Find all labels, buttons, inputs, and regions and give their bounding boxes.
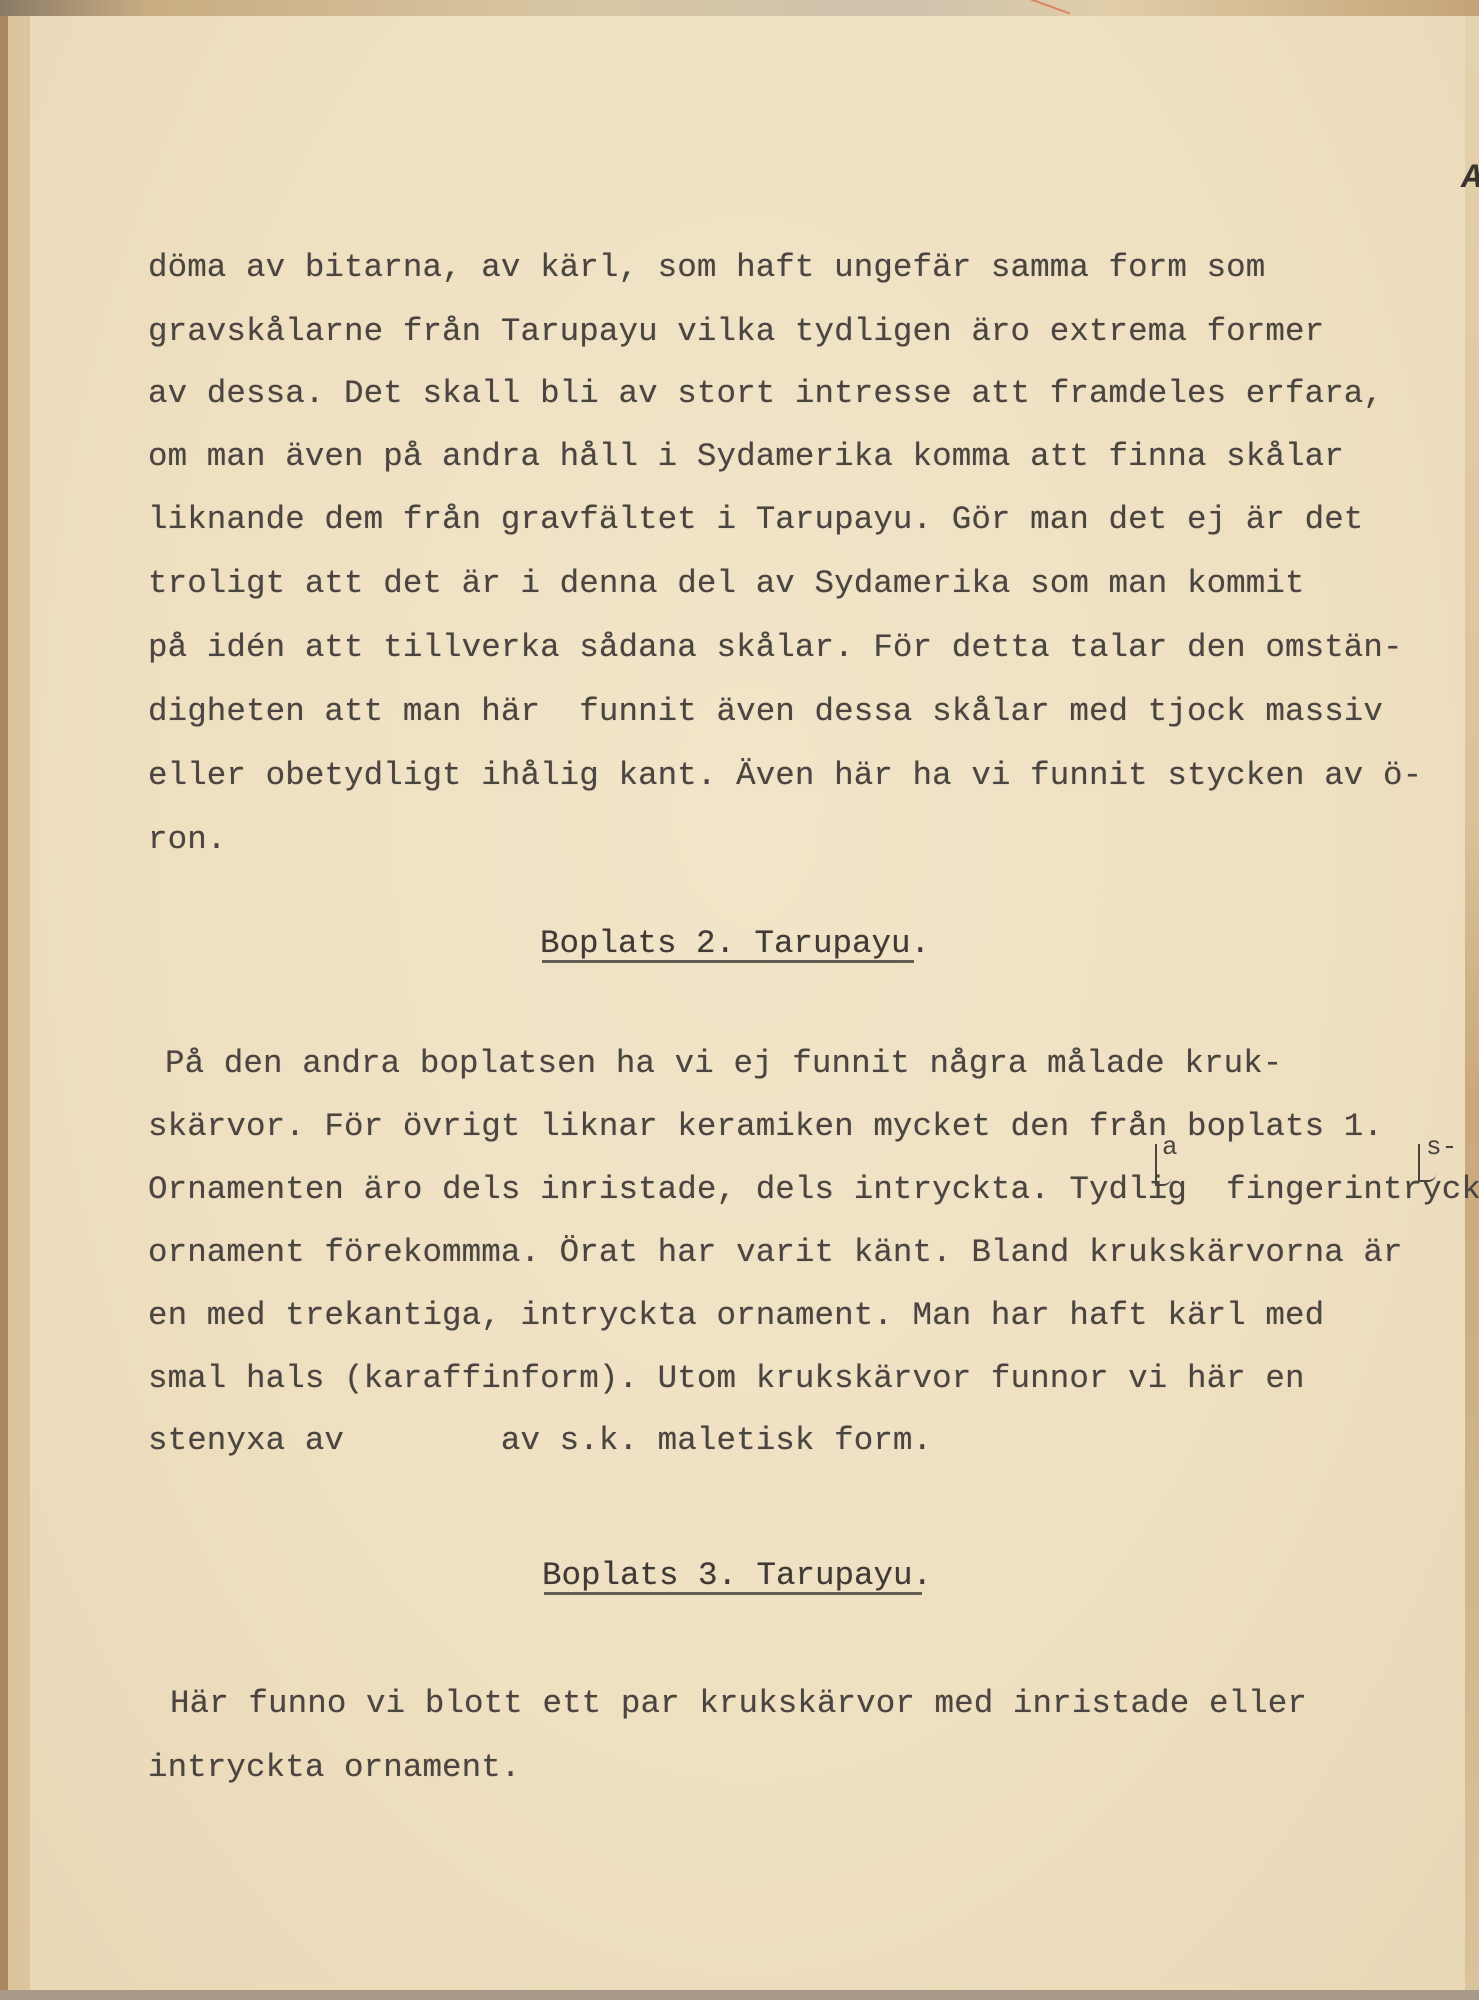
text-line: av dessa. Det skall bli av stort intress… — [148, 374, 1383, 414]
heading-underline — [542, 960, 914, 963]
text-line: ron. — [148, 820, 226, 860]
text-line: liknande dem från gravfältet i Tarupayu.… — [148, 500, 1363, 540]
paper-edge-right — [1465, 16, 1479, 1991]
paper-edge-left-inner — [8, 0, 31, 2000]
text-line: Ornamenten äro dels inristade, dels intr… — [148, 1170, 1479, 1210]
text-line: stenyxa av av s.k. maletisk form. — [148, 1421, 932, 1461]
text-line: Här funno vi blott ett par krukskärvor m… — [170, 1684, 1307, 1724]
text-line: troligt att det är i denna del av Sydame… — [148, 564, 1305, 604]
text-line: om man även på andra håll i Sydamerika k… — [148, 437, 1344, 477]
text-line: skärvor. För övrigt liknar keramiken myc… — [148, 1107, 1383, 1147]
text-line: gravskålarne från Tarupayu vilka tydlige… — [148, 312, 1324, 352]
insertion-text: a — [1162, 1134, 1178, 1160]
paper-edge-bottom — [0, 1990, 1479, 2000]
text-line: smal hals (karaffinform). Utom krukskärv… — [148, 1359, 1305, 1399]
paper-edge-left — [0, 0, 8, 2000]
section-heading-boplats-2: Boplats 2. Tarupayu. — [540, 924, 930, 964]
typewritten-page: döma av bitarna, av kärl, som haft ungef… — [30, 16, 1465, 1990]
text-line: på idén att tillverka sådana skålar. För… — [148, 628, 1403, 668]
text-line: ornament förekommma. Örat har varit känt… — [148, 1233, 1403, 1273]
section-heading-boplats-3: Boplats 3. Tarupayu. — [542, 1556, 932, 1596]
text-line: döma av bitarna, av kärl, som haft ungef… — [148, 248, 1265, 288]
text-line: På den andra boplatsen ha vi ej funnit n… — [165, 1044, 1282, 1084]
text-line: en med trekantiga, intryckta ornament. M… — [148, 1296, 1324, 1336]
text-line: eller obetydligt ihålig kant. Även här h… — [148, 756, 1422, 796]
paper-edge-top — [0, 0, 1479, 16]
text-line: digheten att man här funnit även dessa s… — [148, 692, 1383, 732]
insertion-text: s- — [1426, 1134, 1457, 1160]
margin-mark: A — [1462, 160, 1479, 198]
text-line: intryckta ornament. — [148, 1748, 520, 1788]
heading-underline — [544, 1592, 922, 1595]
